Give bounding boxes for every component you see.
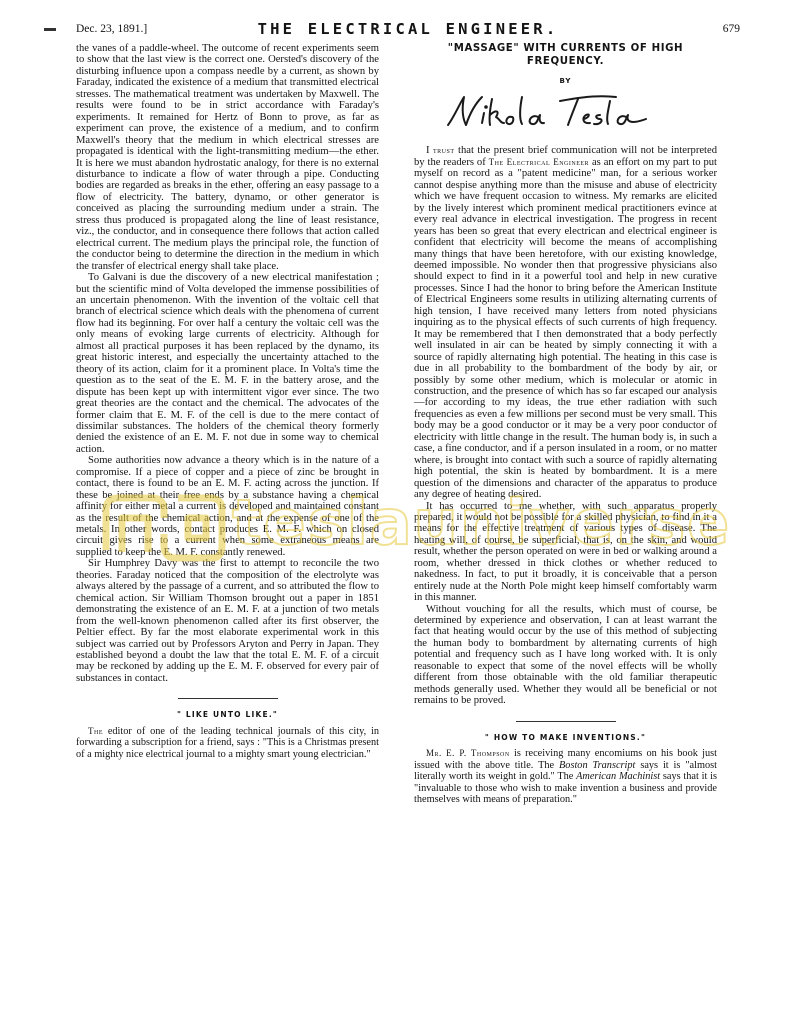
signature-nikola-tesla [440, 89, 650, 133]
lead-word: trust [433, 145, 455, 155]
paragraph: Mr. E. P. Thompson is receiving many enc… [414, 748, 717, 806]
paragraph-text: as an effort on my part to put myself on… [414, 157, 717, 500]
paragraph: Some authorities now advance a theory wh… [76, 455, 379, 558]
publication-name: Boston Transcript [559, 760, 635, 771]
running-head: Dec. 23, 1891.] THE ELECTRICAL ENGINEER.… [76, 20, 740, 40]
initial-letter: I [426, 145, 430, 156]
section-divider [516, 721, 616, 722]
paragraph: the vanes of a paddle-wheel. The outcome… [76, 43, 379, 272]
section-heading-like-unto-like: " LIKE UNTO LIKE." [76, 709, 379, 720]
left-column: the vanes of a paddle-wheel. The outcome… [76, 43, 379, 760]
paragraph: I trust that the present brief communica… [414, 145, 717, 500]
paragraph-body: editor of one of the leading technical j… [76, 726, 379, 760]
page-number: 679 [723, 23, 740, 35]
article-title: "MASSAGE" WITH CURRENTS OF HIGH FREQUENC… [414, 43, 717, 68]
author-name: Mr. E. P. Thompson [426, 748, 510, 758]
paragraph: It has occurred to me whether, with such… [414, 501, 717, 604]
paragraph: To Galvani is due the discovery of a new… [76, 272, 379, 455]
section-divider [178, 698, 278, 699]
right-column: "MASSAGE" WITH CURRENTS OF HIGH FREQUENC… [414, 43, 717, 806]
paragraph: Without vouching for all the results, wh… [414, 604, 717, 707]
scan-artifact [44, 28, 56, 31]
byline: BY [414, 76, 717, 87]
lead-word: The [88, 726, 103, 736]
journal-name: The Electrical Engineer [489, 157, 589, 167]
section-heading-how-to-make-inventions: " HOW TO MAKE INVENTIONS." [414, 732, 717, 743]
paragraph: The editor of one of the leading technic… [76, 726, 379, 761]
journal-title: THE ELECTRICAL ENGINEER. [76, 20, 740, 38]
publication-name: American Machinist [576, 771, 660, 782]
paragraph: Sir Humphrey Davy was the first to attem… [76, 558, 379, 684]
